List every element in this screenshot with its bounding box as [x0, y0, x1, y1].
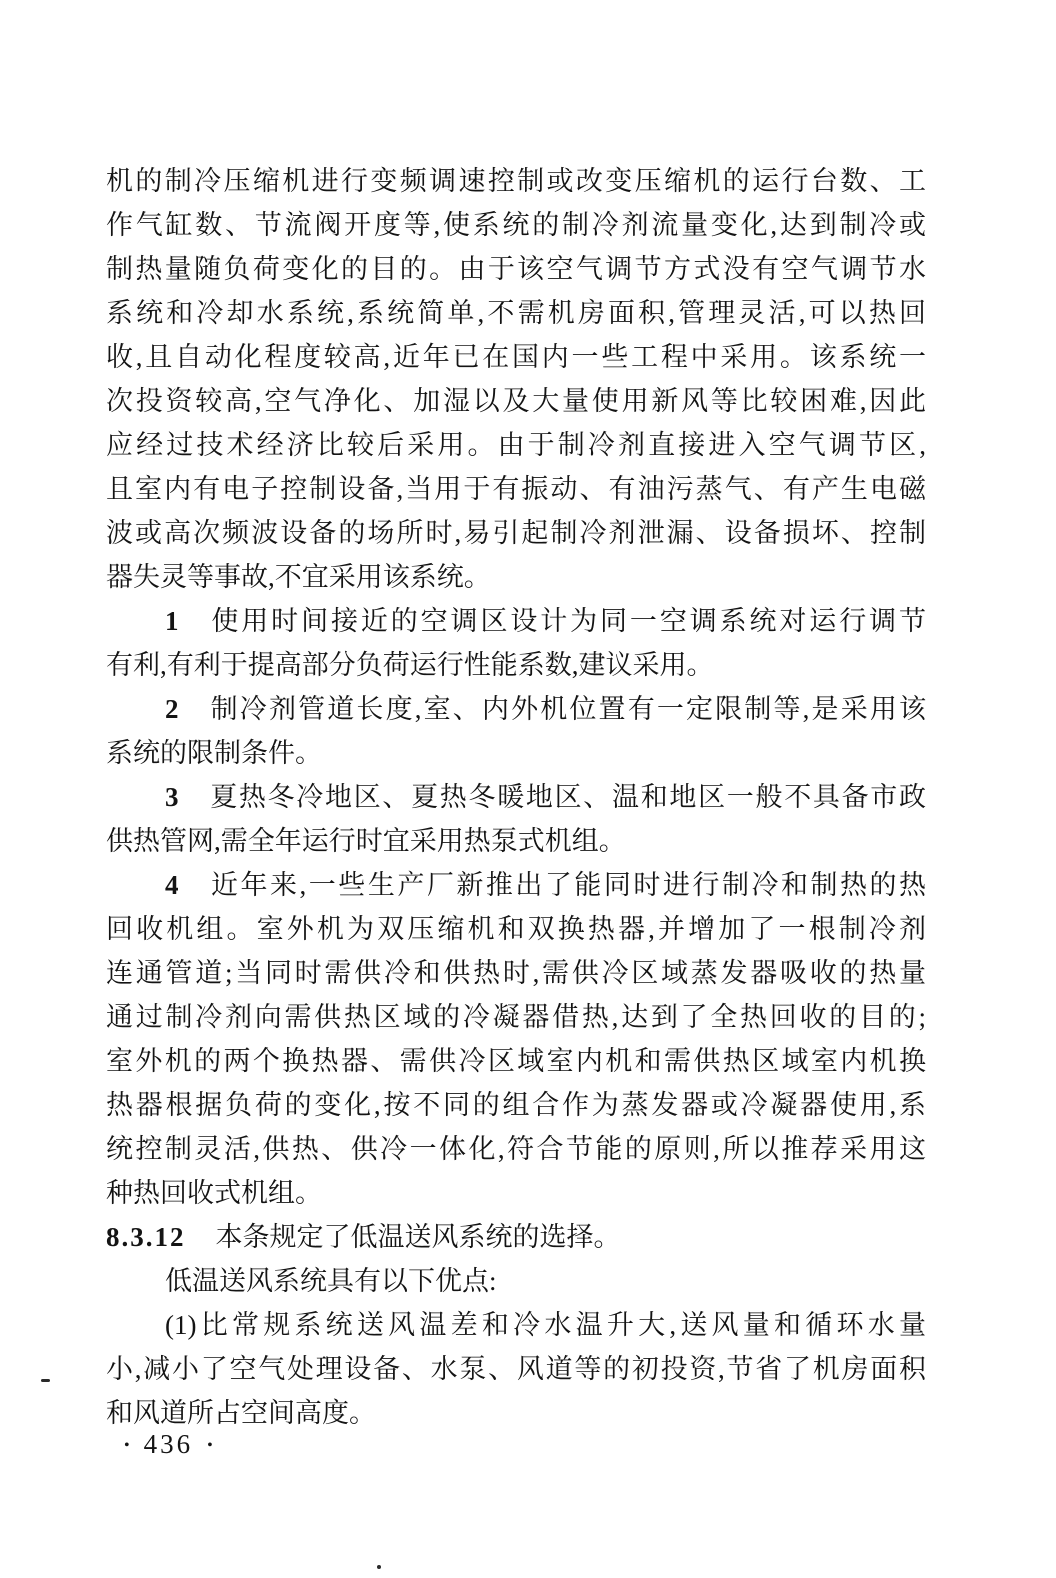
text-line: 机的制冷压缩机进行变频调速控制或改变压缩机的运行台数、工: [106, 159, 926, 203]
line-text: 室外机的两个换热器、需供冷区域室内机和需供热区域室内机换: [106, 1046, 926, 1076]
text-line: 热器根据负荷的变化,按不同的组合作为蒸发器或冷凝器使用,系: [106, 1083, 926, 1127]
line-text: 且室内有电子控制设备,当用于有振动、有油污蒸气、有产生电磁: [106, 474, 926, 504]
line-text: 通过制冷剂向需供热区域的冷凝器借热,达到了全热回收的目的;: [106, 1002, 926, 1032]
text-line: 且室内有电子控制设备,当用于有振动、有油污蒸气、有产生电磁: [106, 467, 926, 511]
line-number-prefix: 8.3.12: [106, 1222, 186, 1252]
line-text: 使用时间接近的空调区设计为同一空调系统对运行调节: [209, 606, 927, 636]
text-line: (1)比常规系统送风温差和冷水温升大,送风量和循环水量: [106, 1303, 926, 1347]
line-text: 和风道所占空间高度。: [106, 1398, 376, 1428]
text-line: 系统的限制条件。: [106, 731, 926, 775]
line-text: 制冷剂管道长度,室、内外机位置有一定限制等,是采用该: [209, 694, 927, 724]
page-text-block: 机的制冷压缩机进行变频调速控制或改变压缩机的运行台数、工作气缸数、节流阀开度等,…: [106, 159, 926, 1435]
text-line: 通过制冷剂向需供热区域的冷凝器借热,达到了全热回收的目的;: [106, 995, 926, 1039]
text-line: 作气缸数、节流阀开度等,使系统的制冷剂流量变化,达到制冷或: [106, 203, 926, 247]
page-number-left-dot-icon: •: [124, 1437, 130, 1454]
line-text: 系统和冷却水系统,系统简单,不需机房面积,管理灵活,可以热回: [106, 298, 926, 328]
line-text: 器失灵等事故,不宜采用该系统。: [106, 562, 491, 592]
page-number-right-dot-icon: •: [207, 1437, 213, 1454]
line-text: 收,且自动化程度较高,近年已在国内一些工程中采用。该系统一: [106, 342, 926, 372]
line-text: 小,减小了空气处理设备、水泵、风道等的初投资,节省了机房面积: [106, 1354, 926, 1384]
line-text: 作气缸数、节流阀开度等,使系统的制冷剂流量变化,达到制冷或: [106, 210, 926, 240]
text-line: 应经过技术经济比较后采用。由于制冷剂直接进入空气调节区,: [106, 423, 926, 467]
line-text: 热器根据负荷的变化,按不同的组合作为蒸发器或冷凝器使用,系: [106, 1090, 926, 1120]
line-text: 统控制灵活,供热、供冷一体化,符合节能的原则,所以推荐采用这: [106, 1134, 926, 1164]
line-text: 应经过技术经济比较后采用。由于制冷剂直接进入空气调节区,: [106, 430, 926, 460]
line-text: 本条规定了低温送风系统的选择。: [216, 1222, 621, 1252]
scanned-document-page: 机的制冷压缩机进行变频调速控制或改变压缩机的运行台数、工作气缸数、节流阀开度等,…: [0, 0, 1056, 1578]
line-text: 次投资较高,空气净化、加湿以及大量使用新风等比较困难,因此: [106, 386, 926, 416]
text-line: 供热管网,需全年运行时宜采用热泵式机组。: [106, 819, 926, 863]
text-line: 2制冷剂管道长度,室、内外机位置有一定限制等,是采用该: [106, 687, 926, 731]
page-number-value: 436: [144, 1429, 194, 1459]
line-text: 制热量随负荷变化的目的。由于该空气调节方式没有空气调节水: [106, 254, 926, 284]
text-line: 器失灵等事故,不宜采用该系统。: [106, 555, 926, 599]
line-number-prefix: 4: [165, 870, 179, 900]
line-text: 回收机组。室外机为双压缩机和双换热器,并增加了一根制冷剂: [106, 914, 926, 944]
line-text: 系统的限制条件。: [106, 738, 322, 768]
text-line: 8.3.12本条规定了低温送风系统的选择。: [106, 1215, 926, 1259]
text-line: 室外机的两个换热器、需供冷区域室内机和需供热区域室内机换: [106, 1039, 926, 1083]
text-line: 1使用时间接近的空调区设计为同一空调系统对运行调节: [106, 599, 926, 643]
line-text: 低温送风系统具有以下优点:: [165, 1266, 497, 1296]
text-line: 和风道所占空间高度。: [106, 1391, 926, 1435]
text-line: 小,减小了空气处理设备、水泵、风道等的初投资,节省了机房面积: [106, 1347, 926, 1391]
text-line: 连通管道;当同时需供冷和供热时,需供冷区域蒸发器吸收的热量: [106, 951, 926, 995]
text-line: 有利,有利于提高部分负荷运行性能系数,建议采用。: [106, 643, 926, 687]
line-number-prefix: 3: [165, 782, 179, 812]
line-text: 夏热冬冷地区、夏热冬暖地区、温和地区一般不具备市政: [209, 782, 927, 812]
page-number: •436•: [124, 1428, 213, 1460]
text-line: 次投资较高,空气净化、加湿以及大量使用新风等比较困难,因此: [106, 379, 926, 423]
text-line: 收,且自动化程度较高,近年已在国内一些工程中采用。该系统一: [106, 335, 926, 379]
text-line: 4近年来,一些生产厂新推出了能同时进行制冷和制热的热: [106, 863, 926, 907]
text-line: 制热量随负荷变化的目的。由于该空气调节方式没有空气调节水: [106, 247, 926, 291]
text-line: 低温送风系统具有以下优点:: [106, 1259, 926, 1303]
line-text: 机的制冷压缩机进行变频调速控制或改变压缩机的运行台数、工: [106, 166, 926, 196]
scan-artifact-mark: [41, 1379, 50, 1382]
line-text: 供热管网,需全年运行时宜采用热泵式机组。: [106, 826, 626, 856]
text-line: 系统和冷却水系统,系统简单,不需机房面积,管理灵活,可以热回: [106, 291, 926, 335]
line-text: 波或高次频波设备的场所时,易引起制冷剂泄漏、设备损坏、控制: [106, 518, 926, 548]
text-line: 种热回收式机组。: [106, 1171, 926, 1215]
line-text: 近年来,一些生产厂新推出了能同时进行制冷和制热的热: [209, 870, 927, 900]
text-line: 波或高次频波设备的场所时,易引起制冷剂泄漏、设备损坏、控制: [106, 511, 926, 555]
line-text: 连通管道;当同时需供冷和供热时,需供冷区域蒸发器吸收的热量: [106, 958, 926, 988]
text-line: 统控制灵活,供热、供冷一体化,符合节能的原则,所以推荐采用这: [106, 1127, 926, 1171]
text-line: 3夏热冬冷地区、夏热冬暖地区、温和地区一般不具备市政: [106, 775, 926, 819]
line-text: (1)比常规系统送风温差和冷水温升大,送风量和循环水量: [165, 1310, 926, 1340]
line-text: 种热回收式机组。: [106, 1178, 322, 1208]
line-text: 有利,有利于提高部分负荷运行性能系数,建议采用。: [106, 650, 714, 680]
text-line: 回收机组。室外机为双压缩机和双换热器,并增加了一根制冷剂: [106, 907, 926, 951]
scan-artifact-mark: [377, 1565, 381, 1569]
line-number-prefix: 1: [165, 606, 179, 636]
line-number-prefix: 2: [165, 694, 179, 724]
